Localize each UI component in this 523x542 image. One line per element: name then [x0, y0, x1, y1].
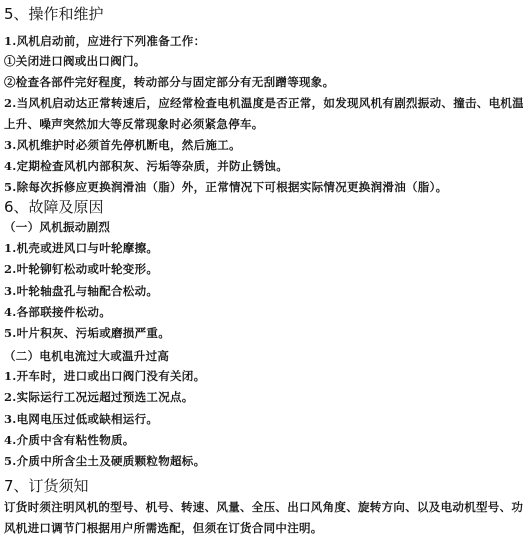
section-5-line-1: 1.风机启动前，应进行下列准备工作：	[4, 34, 205, 48]
subsection-1-line-3: 3.叶轮轴盘孔与轴配合松动。	[4, 284, 158, 298]
subsection-2-line-2: 2.实际运行工况远超过预选工况点。	[4, 390, 194, 404]
subsection-1-line-1: 1.机壳或进风口与叶轮摩擦。	[4, 241, 158, 255]
subsection-2-title: （二）电机电流过大或温升过高	[4, 349, 169, 363]
section-5-line-7: 4.定期检查风机内部积灰、污垢等杂质，并防止锈蚀。	[4, 159, 288, 173]
subsection-1-line-2: 2.叶轮铆钉松动或叶轮变形。	[4, 262, 158, 276]
section-7-line-1: 订货时须注明风机的型号、机号、转速、风量、全压、出口风角度、旋转方向、以及电动机…	[4, 500, 523, 514]
section-7-line-2: 风机进口调节门根据用户所需选配，但须在订货合同中注明。	[4, 521, 323, 535]
subsection-1-line-5: 5.叶片积灰、污垢或磨损严重。	[4, 326, 170, 340]
subsection-2-line-5: 5.介质中所含尘土及硬质颗粒物超标。	[4, 454, 205, 468]
section-7-heading: 7、订货须知	[4, 477, 89, 495]
section-5-line-4: 2.当风机启动达正常转速后，应经常检查电机温度是否正常，如发现风机有剧烈振动、撞…	[4, 96, 523, 110]
subsection-2-line-1: 1.开车时，进口或出口阀门没有关闭。	[4, 369, 205, 383]
subsection-2-line-4: 4.介质中含有粘性物质。	[4, 433, 135, 447]
subsection-1-line-4: 4.各部联接件松动。	[4, 305, 111, 319]
section-6-heading: 6、故障及原因	[4, 198, 104, 216]
section-5-line-3: ②检查各部件完好程度，转动部分与固定部分有无刮蹭等现象。	[4, 75, 334, 89]
section-5-line-6: 3.风机维护时必须首先停机断电，然后施工。	[4, 138, 241, 152]
section-5-line-8: 5.除每次拆修应更换润滑油（脂）外，正常情况下可根据实际情况更换润滑油（脂）。	[4, 180, 447, 194]
subsection-2-line-3: 3.电网电压过低或缺相运行。	[4, 412, 158, 426]
subsection-1-title: （一）风机振动剧烈	[4, 220, 110, 234]
section-5-line-5: 上升、噪声突然加大等反常现象时必须紧急停车。	[4, 117, 264, 131]
section-5-heading: 5、操作和维护	[4, 5, 104, 23]
section-5-line-2: ①关闭进口阀或出口阀门。	[4, 54, 146, 68]
